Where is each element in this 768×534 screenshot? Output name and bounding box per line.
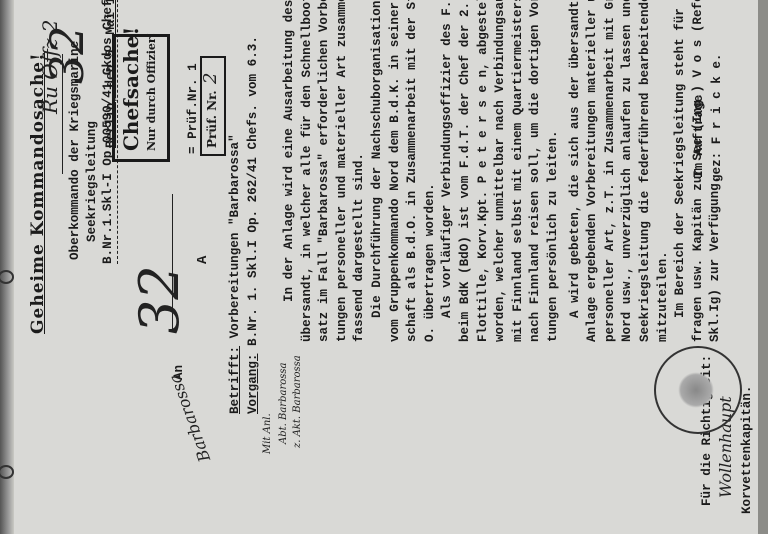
body-line: O. übertragen worden. [423,183,437,342]
closing-line-2: gez: F r i c k e. [710,54,724,182]
betrifft-row: Betrifft: Vorbereitungen "Barbarossa" [228,134,242,414]
body-line: fassend dargestellt sind. [352,153,366,342]
betrifft-label: Betrifft: [228,346,242,414]
body-line: Skl.Ig) zur Verfügung. [708,176,722,342]
body-line: Im Bereich der Seekriegsleitung steht fü… [673,0,687,318]
body-line: vom Gruppenkommando Nord dem B.d.K. in s… [388,0,402,342]
scanned-document: Geheime Kommandosache! Ru Offz 2 32 Ober… [0,0,768,534]
pruef-nr-stamp-value: 2 [200,73,221,84]
body-line: mitzuteilen. [656,251,670,342]
handwritten-note-2: Abt. Barbarossa [278,363,289,444]
body-line: mit Finnland selbst mit einem Quartierme… [511,0,525,342]
body-line: Nord usw., unverzüglich anlaufen zu lass… [620,0,634,342]
official-seal [654,346,742,434]
body-line: satz im Fall "Barbarossa" erforderlichen… [317,0,331,342]
body-line: nach Finnland reisen soll, um die dortig… [528,0,542,342]
body-line: worden, welcher unmittelbar nach Verbind… [493,0,507,342]
body-line: beim BdK (BdO) ist vom F.d.T. der Chef d… [458,0,472,342]
vorgang-text: B.Nr. 1. Skl.I Op. 262/41 Chefs. vom 6.3… [246,36,260,346]
pruef-nr-typed: = Prüf.Nr. 1 [186,63,200,154]
handwritten-number-mid: 32 [128,265,191,334]
sender-line-1: Oberkommando der Kriegsmarine [68,41,82,260]
pruef-nr-stamp: Prüf. Nr. 2 [200,56,226,156]
body-line: Flottille, Korv.Kpt. P e t e r s e n, ab… [476,0,490,342]
body-line: übersandt, in welcher alle für den Schne… [300,0,314,342]
addressee-marker: A [195,256,211,264]
certification-line-3: Korvettenkapitän. [740,386,754,514]
body-line: tungen personeller und materieller Art z… [335,0,349,342]
handwritten-note-3: z. Akt. Barbarossa [292,355,303,448]
chefsache-stamp: Chefsache! Nur durch Offizier! [112,34,170,162]
body-line: Anlage ergebenden Vorbereitungen materie… [585,0,599,342]
body-line: schaft als B.d.O. in Zusammenarbeit mit … [405,0,419,342]
pruef-nr-stamp-label: Prüf. Nr. [205,90,219,148]
body-line: Als vorläufiger Verbindungsoffizier des … [440,0,454,318]
body-line: personeller Art, z.T. in Zusammenarbeit … [603,0,617,342]
routing-underline [62,54,63,174]
body-line: In der Anlage wird eine Ausarbeitung des… [282,0,296,302]
rotated-page: Geheime Kommandosache! Ru Offz 2 32 Ober… [0,0,768,534]
body-line: Seekriegsleitung die federführend bearbe… [638,0,652,342]
chefsache-stamp-line1: Chefsache! [119,27,143,151]
seal-eagle-icon [678,372,714,408]
addressee-line [172,194,173,329]
closing-line-1: Im Auftrage [692,95,706,178]
vorgang-label: Vorgang: [246,354,260,414]
sender-line-2: Seekriegsleitung [85,121,99,242]
handwritten-note-1: Mit Anl. [262,413,273,454]
body-line: tungen persönlich zu leiten. [546,130,560,342]
handwritten-number-top: 32 [40,25,94,84]
vorgang-row: Vorgang: B.Nr. 1. Skl.I Op. 262/41 Chefs… [246,36,260,414]
betrifft-text: Vorbereitungen "Barbarossa" [228,134,242,338]
body-line: A wird gebeten, die sich aus der übersan… [568,0,582,318]
body-line: Die Durchführung der Nachschuborganisati… [370,0,384,318]
chefsache-stamp-line2: Nur durch Offizier! [145,32,158,151]
